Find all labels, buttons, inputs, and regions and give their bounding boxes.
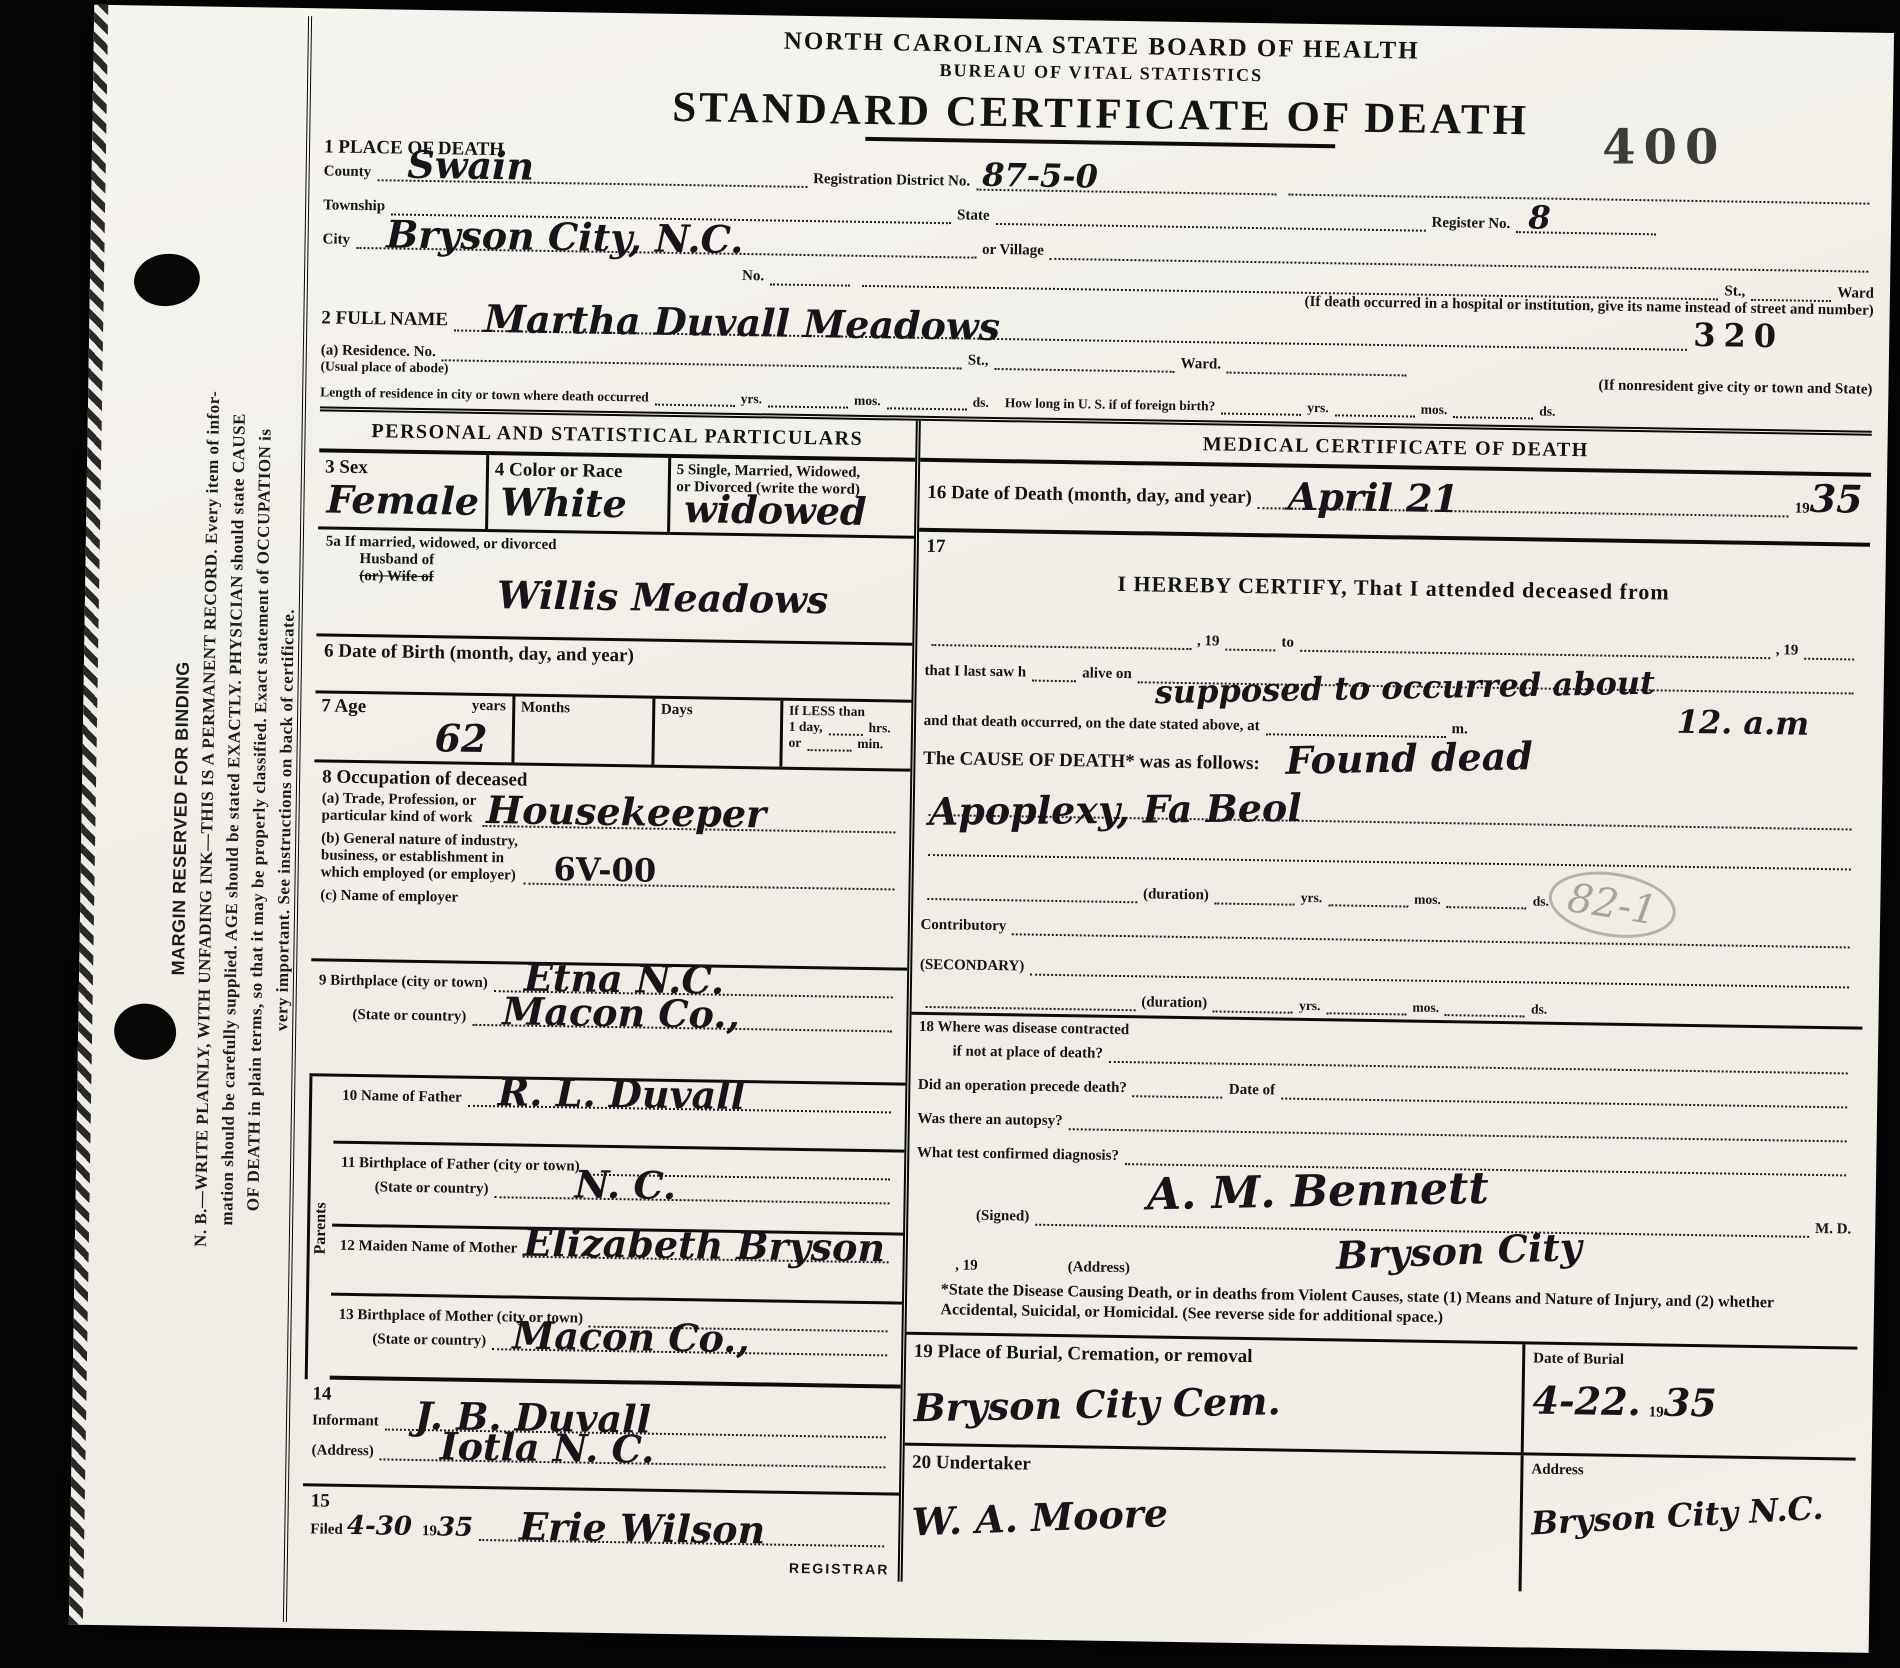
spouse-row: 5a If married, widowed, or divorced Husb… — [316, 529, 913, 645]
days-label: Days — [661, 702, 693, 718]
margin-note: OF DEATH in plain terms, so that it may … — [243, 428, 275, 1211]
informant-label: Informant — [312, 1412, 379, 1430]
burial-row: 19 Place of Burial, Cremation, or remova… — [904, 1335, 1857, 1461]
place-of-death-block: 1 PLACE OF DEATH County Swain Registrati… — [320, 136, 1876, 424]
mother-label: 12 Maiden Name of Mother — [340, 1238, 518, 1258]
undertaker-label: 20 Undertaker — [912, 1452, 1513, 1483]
personal-column: PERSONAL AND STATISTICAL PARTICULARS 3 S… — [302, 411, 921, 1581]
or-village-label: or Village — [982, 242, 1044, 260]
ds-label: ds. — [1539, 404, 1555, 420]
certificate-sheet: MARGIN RESERVED FOR BINDING N. B.—WRITE … — [69, 5, 1894, 1653]
occupation-value: Housekeeper — [486, 791, 766, 833]
filed-label: Filed — [310, 1521, 343, 1539]
burial-label: 19 Place of Burial, Cremation, or remova… — [914, 1341, 1515, 1372]
birthplace-label: 9 Birthplace (city or town) — [319, 972, 488, 992]
informant-address-value: Iotla N. C. — [440, 1427, 655, 1468]
burial-date-label: Date of Burial — [1533, 1351, 1849, 1373]
hw-found-dead: Found dead — [1286, 737, 1534, 780]
mother-bp-value: Macon Co., — [512, 1317, 750, 1359]
test-label: What test confirmed diagnosis? — [917, 1145, 1119, 1165]
hw-supposed-note: supposed to occurred about — [1154, 667, 1655, 709]
sex-race-marital-row: 3 Sex Female 4 Color or Race White 5 Sin… — [318, 452, 915, 538]
undertaker-address-label: Address — [1531, 1462, 1847, 1484]
autopsy-label: Was there an autopsy? — [917, 1111, 1062, 1130]
father-bp-value: N. C. — [574, 1165, 676, 1205]
ifless-label: If LESS than — [789, 703, 905, 721]
informant-address-label: (Address) — [311, 1442, 373, 1460]
aliveon-label: alive on — [1082, 665, 1132, 683]
secondary-label: (SECONDARY) — [920, 957, 1025, 976]
dod-year-prefix: 19 — [1795, 501, 1810, 518]
hw-time-note: 12. a.m — [1676, 706, 1809, 740]
occ-b-label3: which employed (or employer) — [321, 864, 518, 884]
duration-label: (duration) — [1143, 886, 1209, 904]
occupation-row: 8 Occupation of deceased (a) Trade, Prof… — [311, 762, 910, 970]
howlong-us-label: How long in U. S. if of foreign birth? — [1005, 395, 1216, 414]
certificate-form: NORTH CAROLINA STATE BOARD OF HEALTH BUR… — [283, 16, 1884, 1647]
disease-questions-block: 18 Where was disease contracted if not a… — [906, 1015, 1862, 1350]
occ-a-label2: particular kind of work — [321, 807, 476, 826]
undertaker-value: W. A. Moore — [911, 1482, 1512, 1542]
birthplace-state-value: Macon Co., — [502, 992, 740, 1034]
ds-label: ds. — [973, 395, 989, 411]
employer-label: (c) Name of employer — [320, 887, 900, 913]
race-value: White — [500, 483, 661, 524]
certify-text: I HEREBY CERTIFY, That I attended deceas… — [926, 568, 1862, 609]
comma19-label: , 19 — [1197, 633, 1220, 650]
mother-birthplace-row: 13 Birthplace of Mother (city or town) (… — [330, 1296, 902, 1389]
mos-label: mos. — [1412, 1000, 1439, 1016]
yrs-label: yrs. — [741, 391, 763, 407]
dod-label: 16 Date of Death (month, day, and year) — [927, 482, 1252, 509]
q18-label2: if not at place of death? — [918, 1043, 1103, 1063]
yrs-label: yrs. — [1299, 998, 1321, 1014]
industry-value: 6V-00 — [553, 853, 656, 887]
street-label: St., — [1724, 283, 1745, 300]
physician-address-label: (Address) — [1068, 1259, 1130, 1277]
burial-value: Bryson City Cem. — [913, 1378, 1514, 1428]
county-value: Swain — [407, 146, 534, 186]
signed-label: (Signed) — [976, 1208, 1030, 1226]
dod-value: April 21 — [1288, 478, 1460, 519]
age-row: 7 Age years 62 Months Days If LESS than … — [314, 693, 911, 771]
ds-label: ds. — [1531, 1001, 1547, 1017]
ward-label: Ward — [1837, 285, 1874, 303]
yrs-label: yrs. — [1301, 890, 1323, 906]
state-label: State — [957, 207, 990, 225]
marital-value: widowed — [684, 490, 909, 532]
left-margin-notes: MARGIN RESERVED FOR BINDING N. B.—WRITE … — [95, 25, 308, 1612]
dob-row: 6 Date of Birth (month, day, and year) — [315, 636, 911, 702]
ds-label: ds. — [1533, 893, 1549, 909]
md-label: M. D. — [1815, 1221, 1852, 1239]
full-name-label: 2 FULL NAME — [321, 307, 448, 331]
age-years-value: 62 — [321, 717, 488, 758]
dob-label: 6 Date of Birth (month, day, and year) — [324, 640, 634, 666]
filed-date-value: 4-30 — [347, 1513, 412, 1540]
registration-district-label: Registration District No. — [813, 171, 970, 190]
mos-label: mos. — [1421, 402, 1448, 418]
mother-bp-state-label: (State or country) — [338, 1331, 486, 1350]
register-no-value: 8 — [1528, 201, 1551, 233]
mother-row: 12 Maiden Name of Mother Elizabeth Bryso… — [331, 1227, 903, 1305]
township-label: Township — [323, 197, 385, 215]
parents-group: Parents 10 Name of Father R. L. Duvall 1… — [305, 1076, 905, 1388]
comma19-label2: , 19 — [1776, 642, 1799, 659]
register-no-label: Register No. — [1431, 215, 1510, 233]
undertaker-address-value: Bryson City N.C. — [1530, 1490, 1847, 1539]
length-residence-label: Length of residence in city or town wher… — [320, 384, 649, 405]
birthplace-row: 9 Birthplace (city or town) Etna N.C. (S… — [309, 961, 906, 1085]
mother-value: Elizabeth Bryson — [523, 1224, 885, 1268]
ifless-label2: 1 day, — [789, 719, 823, 736]
or-label: or — [788, 735, 801, 751]
nonresident-note: (If nonresident give city or town and St… — [1598, 377, 1872, 398]
certification-block: 17 I HEREBY CERTIFY, That I attended dec… — [911, 532, 1870, 1030]
dod-year-value: 35 — [1810, 480, 1863, 519]
margin-note: MARGIN RESERVED FOR BINDING — [168, 661, 194, 975]
house-no-label: No. — [742, 268, 764, 285]
abode-label: (Usual place of abode) — [320, 358, 448, 376]
father-bp-state-label: (State or country) — [341, 1179, 489, 1198]
father-label: 10 Name of Father — [342, 1088, 462, 1107]
informant-row: 14 Informant J. B. Duvall (Address) Iotl… — [303, 1379, 900, 1495]
min-label: min. — [857, 736, 883, 752]
city-value: Bryson City, N.C. — [386, 215, 744, 259]
duration-label2: (duration) — [1141, 994, 1207, 1012]
months-label: Months — [521, 700, 570, 717]
mos-label: mos. — [1414, 892, 1441, 908]
house-number-value: 320 — [1693, 319, 1873, 354]
city-label: City — [322, 231, 350, 248]
contributory-label: Contributory — [920, 917, 1006, 935]
filed-row: 15 Filed 4-30 19 35 Erie Wilson REGISTRA… — [302, 1486, 899, 1581]
spouse-value: Willis Meadows — [497, 576, 829, 619]
filed-year-prefix: 19 — [422, 1523, 437, 1540]
father-row: 10 Name of Father R. L. Duvall — [333, 1077, 905, 1153]
undertaker-row: 20 Undertaker W. A. Moore Address Bryson… — [902, 1446, 1855, 1597]
signed-date-prefix: , 19 — [955, 1257, 978, 1274]
sex-value: Female — [326, 480, 479, 520]
residence-st-label: St., — [968, 353, 989, 370]
residence-ward-label: Ward. — [1180, 356, 1221, 374]
registration-district-value: 87-5-0 — [982, 159, 1098, 193]
county-label: County — [324, 163, 372, 181]
age-years-label: years — [472, 698, 506, 716]
physician-address-value: Bryson City — [1335, 1228, 1582, 1275]
registrar-label: REGISTRAR — [789, 1560, 890, 1578]
father-value: R. L. Duvall — [497, 1073, 745, 1115]
dateof-label: Date of — [1229, 1082, 1275, 1100]
hrs-label: hrs. — [868, 720, 890, 736]
columns: PERSONAL AND STATISTICAL PARTICULARS 3 S… — [302, 406, 1872, 1596]
burial-year-prefix: 19 — [1649, 1404, 1664, 1421]
medical-column: MEDICAL CERTIFICATE OF DEATH 16 Date of … — [902, 421, 1872, 1597]
burial-year-value: 35 — [1664, 1384, 1717, 1423]
registrar-signature: Erie Wilson — [519, 1508, 766, 1550]
birthplace-state-label: (State or country) — [318, 1006, 466, 1025]
form-header: NORTH CAROLINA STATE BOARD OF HEALTH BUR… — [324, 20, 1878, 156]
hw-cause-value: Apoplexy, Fa Beol — [928, 789, 1301, 831]
mos-label: mos. — [854, 393, 881, 409]
lastsaw-label: that I last saw h — [924, 663, 1026, 682]
physician-signature: A. M. Bennett — [1146, 1167, 1489, 1218]
to-label: to — [1281, 634, 1294, 651]
filed-year-value: 35 — [437, 1514, 474, 1541]
yrs-label: yrs. — [1307, 400, 1329, 416]
burial-date-value: 4-22. — [1532, 1382, 1641, 1422]
operation-label: Did an operation precede death? — [918, 1077, 1127, 1097]
age-label: 7 Age — [321, 695, 366, 717]
